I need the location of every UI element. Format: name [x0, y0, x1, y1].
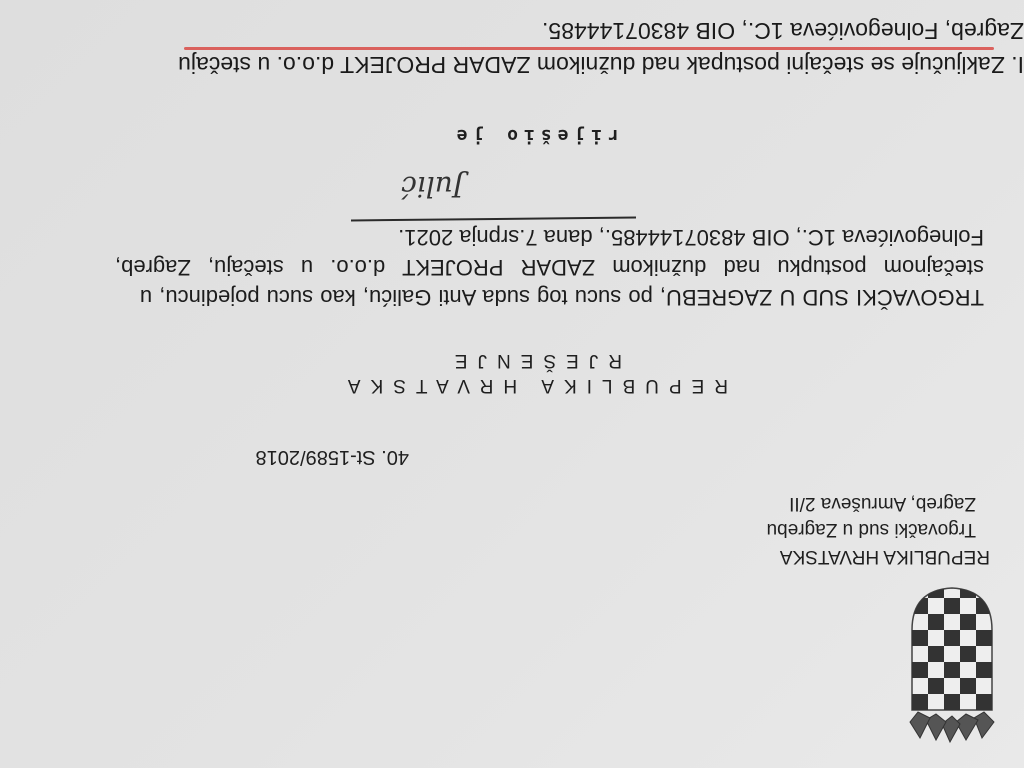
handwritten-signature: Julić — [401, 170, 464, 203]
case-number: 40. St-1589/2018 — [256, 445, 409, 468]
header-court-address: Zagreb, Amruševa 2/II — [789, 492, 976, 515]
header-country: REPUBLIKA HRVATSKA — [780, 545, 990, 568]
pen-underline — [351, 217, 636, 222]
document-title: RJEŠENJE — [445, 349, 622, 371]
ruling-item-1: I. Zaključuje se stečajni postupak nad d… — [178, 51, 1024, 78]
body-paragraph-line-2: stečajnom postupku nad dužnikom ZADAR PR… — [0, 254, 984, 280]
body-paragraph-line-1: TRGOVAČKI SUD U ZAGREBU, po sucu tog sud… — [140, 284, 984, 310]
document-page: REPUBLIKA HRVATSKA Trgovački sud u Zagre… — [0, 0, 1024, 768]
document-title-country: REPUBLIKA HRVATSKA — [338, 374, 728, 396]
header-court-name: Trgovački sud u Zagrebu — [767, 518, 976, 541]
ruling-item-1-continued: Zagreb, Folnegovićeva 1C., OIB 483071444… — [542, 17, 1024, 44]
decision-phrase: riješio je — [451, 125, 619, 146]
croatian-coat-of-arms-icon — [902, 578, 1002, 768]
red-pen-underline — [184, 47, 994, 50]
body-paragraph-line-3: Folnegovićeva 1C., OIB 48307144485., dan… — [398, 224, 984, 250]
